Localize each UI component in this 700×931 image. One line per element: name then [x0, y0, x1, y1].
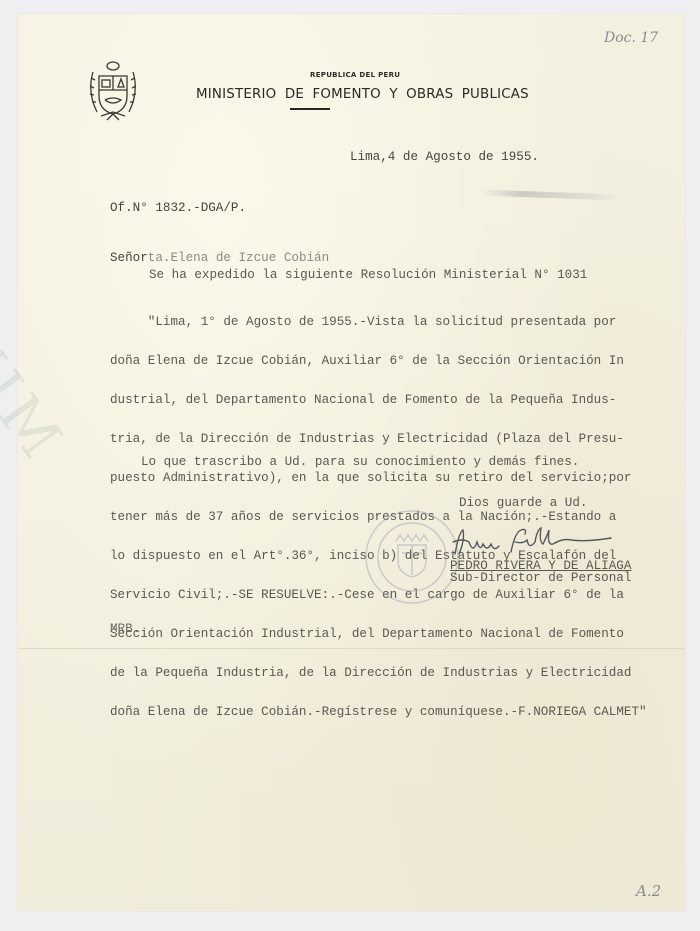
resolution-line: de la Pequeña Industria, de la Dirección…	[110, 667, 647, 680]
resolution-line: dustrial, del Departamento Nacional de F…	[110, 394, 647, 407]
handwritten-signature-icon	[445, 522, 630, 562]
addressee: Señorta.Elena de Izcue Cobián	[110, 248, 329, 266]
letterhead-country: REPUBLICA DEL PERU	[310, 71, 400, 79]
salutation: Señor	[110, 251, 148, 265]
peru-coat-of-arms-icon	[85, 58, 141, 122]
letterhead-divider	[290, 108, 330, 110]
resolution-line: puesto Administrativo), en la que solici…	[110, 472, 647, 485]
resolution-line: "Lima, 1° de Agosto de 1955.-Vista la so…	[110, 316, 647, 329]
resolution-line: doña Elena de Izcue Cobián.-Regístrese y…	[110, 706, 647, 719]
intro-line: Se ha expedido la siguiente Resolución M…	[149, 269, 587, 282]
typist-initials: MRB.	[110, 623, 140, 636]
farewell: Dios guarde a Ud.	[459, 497, 587, 510]
date-line: Lima,4 de Agosto de 1955.	[350, 151, 539, 164]
reference-number: Of.N° 1832.-DGA/P.	[110, 202, 246, 215]
closing-text: Lo que trascribo a Ud. para su conocimie…	[141, 456, 579, 469]
letterhead-ministry: MINISTERIO DE FOMENTO Y OBRAS PUBLICAS	[196, 87, 529, 102]
annotation-page-number: A.2	[636, 882, 661, 900]
signatory-title: Sub-Director de Personal	[450, 572, 631, 585]
annotation-doc-number: Doc. 17	[604, 30, 658, 46]
addressee-name: ta.Elena de Izcue Cobián	[148, 251, 329, 265]
resolution-line: doña Elena de Izcue Cobián, Auxiliar 6° …	[110, 355, 647, 368]
resolution-line: tria, de la Dirección de Industrias y El…	[110, 433, 647, 446]
resolution-line: Sección Orientación Industrial, del Depa…	[110, 628, 647, 641]
